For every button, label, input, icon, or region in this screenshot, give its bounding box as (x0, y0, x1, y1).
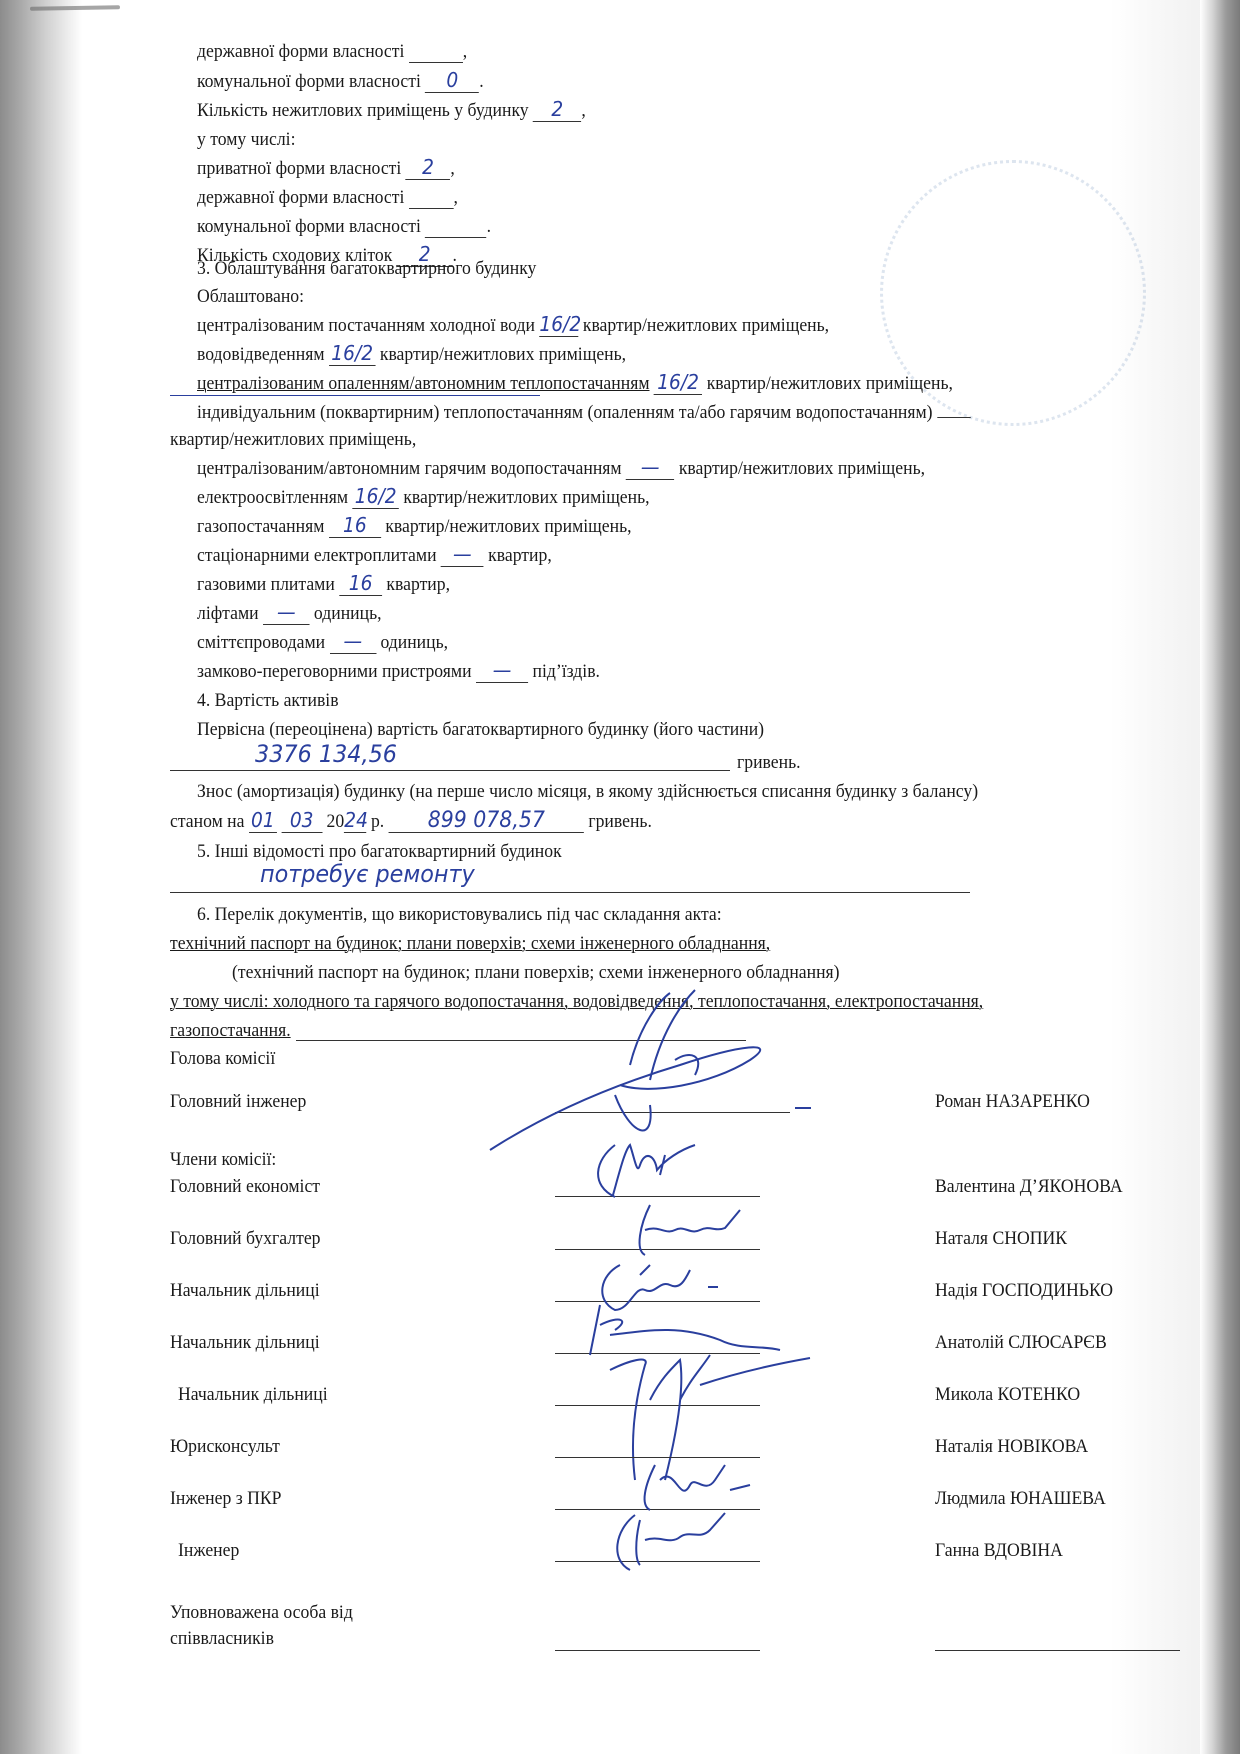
label: Первісна (переоцінена) вартість багатокв… (197, 719, 764, 740)
label: Знос (амортизація) будинку (на перше чис… (197, 781, 978, 802)
name-site-manager-3: Микола КОТЕНКО (935, 1384, 1080, 1406)
suffix: квартир, (386, 574, 450, 595)
line-cold-water: централізованим постачанням холодної вод… (197, 314, 829, 338)
year-prefix: 20 (327, 811, 345, 832)
line-communal-ownership-2: комунальної форми власності . (197, 215, 491, 239)
role-chief-economist: Головний економіст (170, 1176, 320, 1198)
electric-lighting-field: 16/2 (352, 486, 399, 509)
line-elevators: ліфтами — одиниць, (197, 602, 382, 626)
role-engineer: Інженер (178, 1540, 239, 1562)
intercoms-field: — (476, 660, 528, 683)
role-site-manager-2: Начальник дільниці (170, 1332, 320, 1354)
line-electric-lighting: електроосвітленням 16/2 квартир/нежитлов… (197, 486, 650, 510)
line-private-ownership: приватної форми власності 2, (197, 157, 455, 181)
label: індивідуальним (поквартирним) теплопоста… (197, 402, 933, 423)
initial-value: 3376 134,56 (255, 742, 397, 766)
label: централізованим опаленням/автономним теп… (197, 373, 650, 394)
state-ownership-2-field (409, 188, 454, 209)
garbage-chutes-field: — (330, 631, 377, 654)
line-hot-water: централізованим/автономним гарячим водоп… (197, 457, 925, 481)
state-ownership-1-field (409, 42, 463, 63)
as-of-month-field: 03 (281, 810, 322, 833)
coowners-rep-line1: Уповноважена особа від (170, 1602, 353, 1624)
signature-chief-economist-icon (585, 1135, 755, 1205)
role-engineer-pkr: Інженер з ПКР (170, 1488, 281, 1510)
name-site-manager-1: Надія ГОСПОДИНЬКО (935, 1280, 1113, 1302)
initial-value-field: 3376 134,56 (255, 742, 397, 769)
communal-ownership-1-field: 0 (425, 70, 479, 93)
role-site-manager-3: Начальник дільниці (178, 1384, 328, 1406)
label: у тому числі: (197, 129, 296, 150)
cold-water-field: 16/2 (539, 314, 578, 337)
suffix: одиниць, (380, 632, 448, 653)
label: державної форми власності (197, 41, 404, 62)
depreciation-field: 899 078,57 (389, 811, 584, 833)
name-engineer-pkr: Людмила ЮНАШЕВА (935, 1488, 1106, 1510)
line-equipped: Облаштовано: (197, 285, 304, 309)
suffix: квартир/нежитлових приміщень, (403, 487, 649, 508)
role-chief-engineer: Головний інженер (170, 1091, 306, 1113)
role-site-manager-1: Начальник дільниці (170, 1280, 320, 1302)
sewerage-field: 16/2 (329, 343, 376, 366)
hot-water-field: — (626, 457, 674, 480)
line-electric-stoves: стаціонарними електроплитами — квартир, (197, 544, 552, 568)
heating-field: 16/2 (654, 372, 702, 395)
label: водовідведенням (197, 344, 325, 365)
line-intercoms: замково-переговорними пристроями — під’ї… (197, 660, 600, 684)
line-individual-heating-suffix: квартир/нежитлових приміщень, (170, 428, 416, 452)
label: державної форми власності (197, 187, 404, 208)
line-state-ownership-1: державної форми власності , (197, 40, 467, 64)
initial-value-suffix: гривень. (737, 751, 801, 775)
label: комунальної форми власності (197, 216, 421, 237)
suffix: квартир/нежитлових приміщень, (707, 373, 953, 394)
label: замково-переговорними пристроями (197, 661, 472, 682)
name-site-manager-2: Анатолій СЛЮСАРЄВ (935, 1332, 1107, 1354)
signature-chief-engineer-icon (480, 985, 800, 1155)
line-gas-supply: газопостачанням 16 квартир/нежитлових пр… (197, 515, 632, 539)
name-engineer: Ганна ВДОВІНА (935, 1540, 1063, 1562)
signature-engineer-icon (600, 1505, 740, 1575)
suffix: гривень. (737, 752, 801, 773)
suffix: квартир/нежитлових приміщень, (380, 344, 626, 365)
documents-list: технічний паспорт на будинок; плани пове… (170, 932, 770, 956)
suffix: квартир/нежитлових приміщень, (583, 315, 829, 336)
heading: 5. Інші відомості про багатоквартирний б… (197, 841, 562, 862)
documents-hint: (технічний паспорт на будинок; плани пов… (232, 961, 840, 985)
documents-gas: газопостачання. (170, 1019, 291, 1043)
label: централізованим/автономним гарячим водоп… (197, 458, 622, 479)
section-5-rule (170, 892, 970, 893)
label: газопостачанням (197, 516, 324, 537)
name-line-coowners-rep (935, 1650, 1180, 1651)
gas-stoves-field: 16 (339, 573, 382, 596)
private-ownership-field: 2 (406, 157, 451, 180)
as-of-day-field: 01 (249, 810, 277, 833)
electric-stoves-field: — (441, 544, 484, 567)
suffix: квартир, (488, 545, 552, 566)
year-unit: р. (371, 811, 384, 832)
value: газопостачання. (170, 1020, 291, 1041)
suffix: квартир/нежитлових приміщень, (679, 458, 925, 479)
line-sewerage: водовідведенням 16/2 квартир/нежитлових … (197, 343, 626, 367)
elevators-field: — (263, 602, 310, 625)
label: газовими плитами (197, 574, 335, 595)
line-communal-ownership-1: комунальної форми власності 0. (197, 70, 484, 94)
section-6-title: 6. Перелік документів, що використовувал… (197, 903, 722, 927)
section-3-title-text: 3. Облаштування багатоквартирного будинк… (197, 257, 536, 281)
suffix: одиниць, (314, 603, 382, 624)
role-chief-accountant: Головний бухгалтер (170, 1228, 321, 1250)
label: Облаштовано: (197, 286, 304, 307)
line-depreciation-label: Знос (амортизація) будинку (на перше чис… (197, 780, 978, 804)
suffix: гривень. (588, 811, 652, 832)
label: станом на (170, 811, 244, 832)
as-of-year-field: 24 (344, 810, 366, 833)
line-heating: централізованим опаленням/автономним теп… (197, 372, 953, 396)
other-info-value: потребує ремонту (260, 862, 475, 886)
name-chief-economist: Валентина Д’ЯКОНОВА (935, 1176, 1123, 1198)
ink-underline (170, 395, 540, 396)
label: комунальної форми власності (197, 71, 421, 92)
suffix: квартир/нежитлових приміщень, (385, 516, 631, 537)
members-heading: Члени комісії: (170, 1149, 276, 1171)
heading: 6. Перелік документів, що використовувал… (197, 904, 722, 925)
signature-chief-accountant-icon (630, 1200, 750, 1260)
communal-ownership-2-field (425, 217, 486, 238)
label: сміттєпроводами (197, 632, 325, 653)
initial-value-rule (170, 770, 730, 771)
signature-line-coowners-rep (555, 1650, 760, 1651)
label: стаціонарними електроплитами (197, 545, 437, 566)
name-legal-advisor: Наталія НОВІКОВА (935, 1436, 1088, 1458)
heading: 3. Облаштування багатоквартирного будинк… (197, 258, 536, 279)
label: електроосвітленням (197, 487, 348, 508)
coowners-rep-line2: співвласників (170, 1628, 274, 1650)
line-nonresidential-count: Кількість нежитлових приміщень у будинку… (197, 99, 586, 123)
line-depreciation-value: станом на 01 03 2024 р. 899 078,57 гриве… (170, 810, 652, 834)
role-legal-advisor: Юрисконсульт (170, 1436, 280, 1458)
document-page: державної форми власності , комунальної … (0, 0, 1240, 1754)
line-individual-heating: індивідуальним (поквартирним) теплопоста… (197, 401, 970, 425)
label: приватної форми власності (197, 158, 401, 179)
section-5-value-field: потребує ремонту (260, 862, 475, 889)
gas-supply-field: 16 (329, 515, 381, 538)
suffix: квартир/нежитлових приміщень, (170, 429, 416, 450)
name-chief-engineer: Роман НАЗАРЕНКО (935, 1091, 1090, 1113)
line-state-ownership-2: державної форми власності , (197, 186, 458, 210)
section-4-title: 4. Вартість активів (197, 689, 339, 713)
individual-heating-field (937, 417, 970, 418)
name-chief-accountant: Наталя СНОПИК (935, 1228, 1067, 1250)
hint: (технічний паспорт на будинок; плани пов… (232, 962, 840, 983)
nonresidential-count-field: 2 (533, 99, 581, 122)
chair-heading: Голова комісії (170, 1048, 275, 1070)
line-gas-stoves: газовими плитами 16 квартир, (197, 573, 450, 597)
suffix: під’їздів. (532, 661, 599, 682)
label: централізованим постачанням холодної вод… (197, 315, 535, 336)
label: Кількість нежитлових приміщень у будинку (197, 100, 529, 121)
heading: 4. Вартість активів (197, 690, 339, 711)
line-garbage-chutes: сміттєпроводами — одиниць, (197, 631, 448, 655)
value: технічний паспорт на будинок; плани пове… (170, 933, 770, 954)
line-including: у тому числі: (197, 128, 296, 152)
line-initial-value-label: Первісна (переоцінена) вартість багатокв… (197, 718, 764, 742)
label: ліфтами (197, 603, 259, 624)
